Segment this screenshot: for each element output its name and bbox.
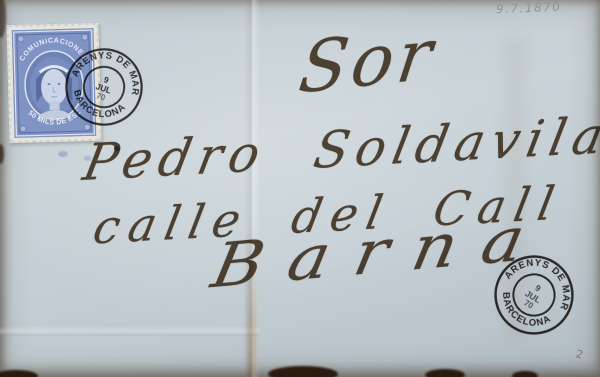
address-salutation: Sor: [296, 13, 439, 109]
edge-mark: [268, 366, 338, 377]
pencil-corner-mark: 2: [575, 347, 585, 361]
edge-mark: [0, 0, 6, 38]
edge-mark: [425, 369, 465, 377]
envelope-front: COMUNICACIONES 50 MILS DE ESC ARENYS DE …: [0, 0, 600, 377]
stamp-corner-rosette: [18, 36, 24, 42]
blue-speck: [84, 156, 91, 161]
pencil-date-note: 9.7.1870: [496, 0, 562, 16]
blue-speck: [58, 151, 68, 157]
postal-cover-photo: COMUNICACIONES 50 MILS DE ESC ARENYS DE …: [0, 0, 600, 377]
edge-mark: [512, 371, 538, 377]
postmark-date-year: 70: [95, 91, 107, 102]
ink-speck: [114, 146, 120, 151]
horizontal-crease: [0, 326, 260, 336]
stamp-corner-rosette: [20, 126, 26, 132]
edge-mark: [0, 370, 38, 377]
edge-mark: [0, 144, 4, 164]
address-salutation-text: Sor: [294, 12, 441, 110]
